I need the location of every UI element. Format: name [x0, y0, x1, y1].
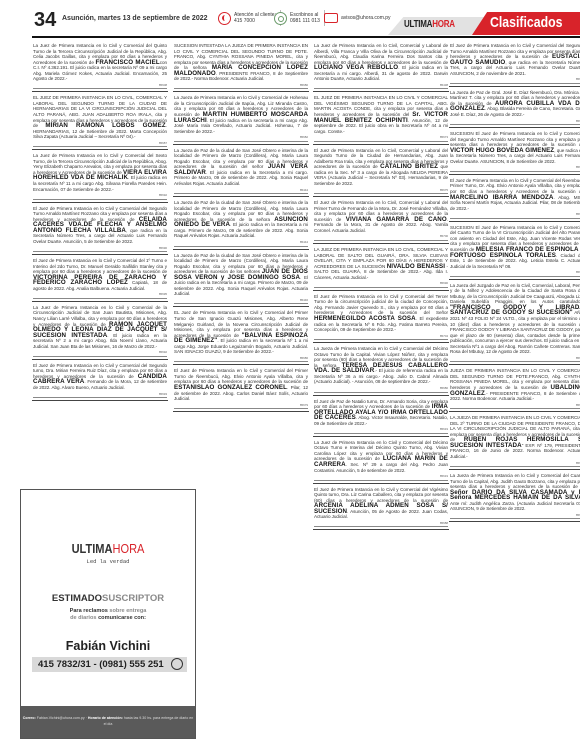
notice-text: El Juez de Primera Instancia en lo Civil…	[174, 368, 308, 384]
notice-code: 85608	[33, 83, 167, 90]
legal-notice: El Juez de Paz de Natalio turno, Dr. Arm…	[313, 396, 449, 437]
notice-deceased-name: "FRANCISCO GODOY Y LIBRADA SANTACRUZ DE …	[450, 304, 580, 317]
ad-title-light: SUSCRIPTOR	[102, 593, 164, 604]
legal-notice: La Juez de Primera Instancia en lo Civil…	[313, 40, 449, 92]
ad-body-text: de diarios	[70, 615, 96, 621]
legal-notice: La Jueza de Paz de Gral. José E. Díaz Ñe…	[449, 87, 580, 128]
column-4: El Juez de Primera Instancia en lo Civil…	[449, 40, 580, 746]
legal-notice: La Juez de Primera Instancia en lo Civil…	[32, 150, 168, 202]
legal-notice: La Jueza de Paz de la ciudad de San José…	[173, 197, 309, 249]
mail-icon	[324, 13, 338, 23]
ad-body-text: sobre entrega	[109, 608, 146, 614]
legal-notice: El Juez de Primera Instancia en lo Civil…	[32, 255, 168, 302]
notice-code: 85688	[314, 521, 448, 528]
legal-notice: LA JUEZA DE PRIMERA INSTANCIA EN LO CIVI…	[449, 412, 580, 470]
ad-title-bold: ESTIMADO	[52, 593, 102, 604]
notice-code: 85704	[314, 334, 448, 341]
notice-code: 85693	[33, 392, 167, 399]
notice-code: 85680	[450, 212, 580, 219]
notice-text: El Juez de Primera Instancia en lo Civil…	[314, 487, 448, 503]
whatsapp-contact: Escribinos al 0981 111 013	[274, 9, 329, 27]
legal-notice: El Juez de Primera Instancia en lo Civil…	[449, 40, 580, 87]
brand-logo-part1: ULTIMA	[404, 19, 432, 30]
notice-code: 85686	[174, 356, 308, 363]
notice-deceased-name: Señor DARIO DA SILVA CASAMADA y la Señor…	[450, 489, 580, 502]
notice-text: La Jueza del Juzgado de Paz en lo Civil,…	[450, 283, 580, 305]
subscriber-ad: ULTIMAHORA Led la verdad ESTIMADOSUSCRIP…	[20, 489, 196, 739]
page-number: 34	[34, 9, 56, 32]
legal-notice: EL Juez de Primera Instancia en lo Civil…	[173, 307, 309, 365]
legal-notice: La Jueza del Juzgado de Paz en lo Civil,…	[449, 280, 580, 366]
legal-notice: La Jueza de Paz de la ciudad de San José…	[173, 250, 309, 308]
notice-code: 85438	[314, 83, 448, 90]
whatsapp-icon	[171, 658, 183, 670]
legal-notice: El Juez de Primera Instancia en lo Civil…	[32, 360, 168, 401]
legal-notice: La Juez de Primera Instancia en lo Civil…	[32, 40, 168, 92]
legal-notice: El Juez de Primera Instancia en lo Civil…	[173, 365, 309, 412]
legal-notice: El Juez de Primera Instancia en lo Civil…	[449, 175, 580, 222]
ad-logo-part1: ULTIMA	[72, 541, 113, 556]
ad-footer-label: Correo:	[23, 716, 36, 720]
notice-code: 85444	[174, 188, 308, 195]
ad-body-text: comunicarse con:	[98, 615, 146, 621]
legal-notice: La Jueza de Primera Instancia en lo Civi…	[313, 343, 449, 395]
notice-code: 85680	[450, 356, 580, 363]
email-link[interactable]: avisos@uhora.com.py	[341, 15, 391, 21]
legal-notice: LA JUEZ DE PRIMERA INSTANCIA EN LO CIVIL…	[313, 244, 449, 291]
contact-value: 0981 111 013	[290, 18, 320, 24]
notice-text: El Juez de Primera Instancia en lo Civil…	[314, 294, 448, 316]
legal-notice: La Jueza de Primera Instancia en lo Civi…	[173, 92, 309, 144]
ad-body-text: Para reclamos	[70, 608, 108, 614]
ad-logo: ULTIMAHORA	[34, 541, 182, 556]
legal-notice: EL JUEZ DE PRIMERA INSTANCIA EN LO CIVIL…	[313, 92, 449, 144]
notice-code: 85672	[450, 165, 580, 172]
ad-contact-name: Fabián Vichini	[21, 639, 195, 653]
legal-notice: La Juez de Primera Instancia en lo Civil…	[32, 302, 168, 360]
brand-logo-part2: HORA	[432, 19, 455, 30]
notice-code: 85672	[450, 270, 580, 277]
notice-text: SUCESION El Juez de Primera Instancia en…	[450, 131, 580, 147]
ad-footer: Correo: Fabian.Vichini@uhora.com.py · Ho…	[21, 706, 195, 738]
legal-notice: EL JUEZ DE PRIMERA INSTANCIA EN LO CIVIL…	[32, 92, 168, 150]
legal-notice: El Juez de Primera Instancia en lo Civil…	[313, 145, 449, 197]
notice-code: 85680	[450, 77, 580, 84]
legal-notice: La Jueza de Primera Instancia en lo Civi…	[449, 470, 580, 522]
notice-text: AÑO 2021 Nº 43 FOLIO Nº 24 VLTO., cita y…	[450, 310, 580, 354]
page-date: Asunción, martes 13 de septiembre de 202…	[62, 15, 208, 22]
legal-notice: La Jueza de Paz de la ciudad de San José…	[173, 145, 309, 197]
notice-code: 85619	[314, 474, 448, 481]
legal-notice: El Juez de Primera Instancia en lo Civil…	[313, 197, 449, 244]
header-rule	[32, 36, 580, 38]
ad-title: ESTIMADOSUSCRIPTOR	[21, 593, 195, 604]
legal-notice: El Juez de Primera Instancia en lo Civil…	[313, 291, 449, 343]
email-contact[interactable]: avisos@uhora.com.py	[324, 9, 391, 27]
ad-body: Para reclamos sobre entrega de diarios c…	[21, 608, 195, 622]
ad-logo-part2: HORA	[112, 541, 144, 556]
notice-code: 85683	[450, 461, 580, 468]
notice-code: 85673	[314, 135, 448, 142]
legal-notice: JUEZA DE PRIMERA INSTANCIA EN LO CIVIL Y…	[449, 365, 580, 412]
whatsapp-icon	[274, 12, 287, 25]
notice-text: La Jueza de Primera Instancia en lo Civi…	[450, 473, 580, 489]
notice-code: 85697	[450, 513, 580, 520]
notice-code: 85692	[33, 350, 167, 357]
contact-value: 415 7000	[234, 18, 276, 24]
notice-code: 85619	[314, 427, 448, 434]
column-1: La Juez de Primera Instancia en lo Civil…	[32, 40, 168, 486]
section-title: Clasificados	[490, 14, 562, 31]
notice-code: 85695	[33, 292, 167, 299]
notice-code: 85679	[174, 403, 308, 410]
notice-code: 85700	[314, 234, 448, 241]
notice-code: 85675	[314, 188, 448, 195]
notice-code: 85692	[33, 193, 167, 200]
column-3: La Juez de Primera Instancia en lo Civil…	[313, 40, 449, 746]
notice-code: 85687	[33, 141, 167, 148]
notice-code: 85680	[314, 386, 448, 393]
notice-code: 85682	[174, 135, 308, 142]
ad-footer-email[interactable]: Fabian.Vichini@uhora.com.py	[37, 716, 85, 720]
notice-text: El Juez de Paz de Natalio turno, Dr. Arm…	[314, 399, 448, 410]
notice-text: El Juez de Primera Instancia en lo Civil…	[33, 258, 167, 274]
notice-code: 85688	[450, 119, 580, 126]
legal-notice: SUCESION El Juez de Primera Instancia en…	[449, 222, 580, 280]
legal-notice: La Juez de Primera Instancia en lo Civil…	[313, 437, 449, 484]
ad-tagline: Led la verdad	[21, 558, 195, 565]
ad-footer-label: Horario de atención:	[88, 716, 123, 720]
legal-notice: SUCESION El Juez de Primera Instancia en…	[449, 128, 580, 175]
notice-code: 85444	[174, 240, 308, 247]
notice-text: El Juez de Primera Instancia en lo Civil…	[450, 178, 580, 194]
notice-code: 85446	[174, 298, 308, 305]
page-header: 34 Asunción, martes 13 de septiembre de …	[0, 0, 580, 36]
phone-icon	[218, 12, 231, 25]
ad-contact-phone[interactable]: 415 7832/31 - (0981) 555 251	[32, 657, 187, 672]
notice-text: La Juez de Primera Instancia en lo Civil…	[314, 43, 448, 65]
notice-code: 85690	[314, 281, 448, 288]
legal-notice: El Juez de Primera Instancia en lo Civil…	[32, 203, 168, 255]
notice-code: 85690	[33, 246, 167, 253]
legal-notice: SUCESION INTESTADA LA JUEZA DE PRIMERA I…	[173, 40, 309, 92]
notice-code: 85682	[450, 403, 580, 410]
notice-code: 85680	[174, 83, 308, 90]
legal-notice: El Juez de Primera Instancia en lo Civil…	[313, 484, 449, 531]
brand-logo: ULTIMAHORA	[404, 19, 455, 30]
ad-phone-number: 415 7832/31 - (0981) 555 251	[38, 659, 164, 670]
